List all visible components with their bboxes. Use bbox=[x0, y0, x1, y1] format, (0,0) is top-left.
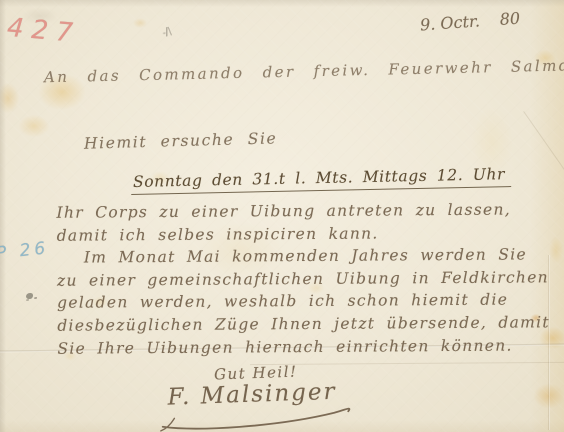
body-line-7: Sie Ihre Uibungen hiernach einrichten kö… bbox=[57, 336, 550, 362]
address-line: An das Commando der freiw. Feuerwehr Sal… bbox=[44, 56, 564, 87]
scanned-letter-page: 427 9. Octr.80 An das Commando der freiw… bbox=[0, 0, 564, 432]
ink-speck bbox=[26, 293, 33, 299]
signature-block: F. Malsinger bbox=[155, 377, 387, 432]
pencil-smudge-mark bbox=[157, 25, 178, 38]
date-line: 9. Octr.80 bbox=[419, 9, 520, 35]
underlined-appointment-line: Sonntag den 31.t l. Mts. Mittags 12. Uhr bbox=[131, 165, 512, 195]
date-year: 80 bbox=[499, 9, 521, 29]
red-archive-number: 427 bbox=[6, 13, 82, 49]
blue-pencil-registry-mark: P 26 bbox=[0, 238, 50, 263]
letter-body: Ihr Corps zu einer Uibung antreten zu la… bbox=[56, 200, 550, 362]
date-day-month: 9. Octr. bbox=[419, 11, 480, 34]
salutation-line: Hiemit ersuche Sie bbox=[84, 129, 278, 152]
diagonal-crease bbox=[523, 111, 564, 210]
